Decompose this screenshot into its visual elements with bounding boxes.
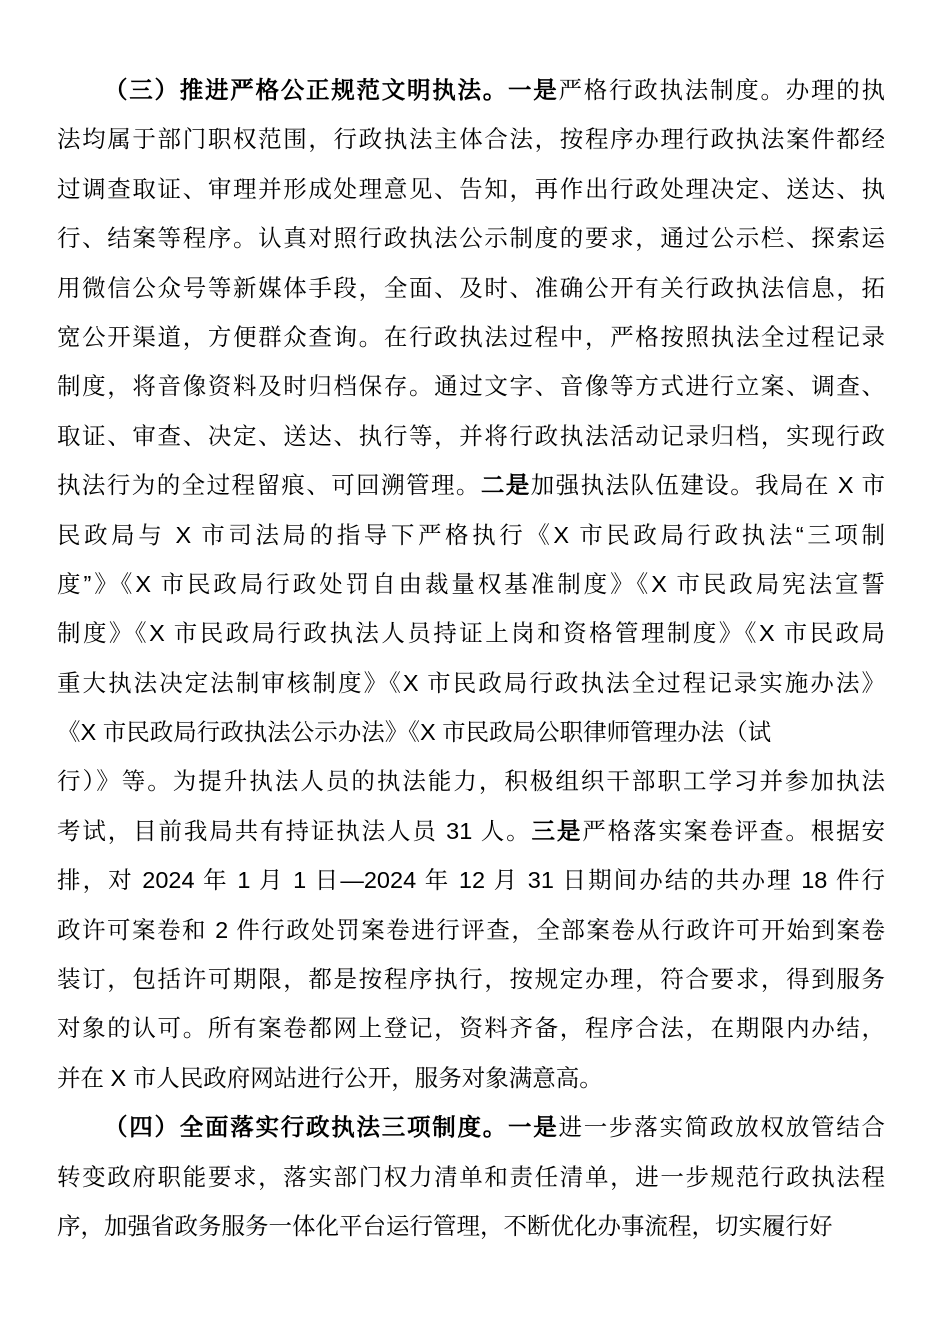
text-line: 重大执法决定法制审核制度》《X 市民政局行政执法全过程记录实施办法》 — [57, 659, 885, 708]
section-four-paragraph: （四）全面落实行政执法三项制度。一是进一步落实简政放权放管结合转变政府职能要求，… — [57, 1103, 885, 1251]
text-run: 制度》《X 市民政局行政执法人员持证上岗和资格管理制度》《X 市民政局 — [57, 620, 885, 646]
text-line: 《X 市民政局行政执法公示办法》《X 市民政局公职律师管理办法（试 — [57, 708, 885, 757]
text-line: 序，加强省政务服务一体化平台运行管理，不断优化办事流程，切实履行好 — [57, 1202, 885, 1251]
text-line: （三）推进严格公正规范文明执法。一是严格行政执法制度。办理的执 — [57, 66, 885, 115]
section-three-paragraph: （三）推进严格公正规范文明执法。一是严格行政执法制度。办理的执法均属于部门职权范… — [57, 66, 885, 1103]
text-line: 制度》《X 市民政局行政执法人员持证上岗和资格管理制度》《X 市民政局 — [57, 609, 885, 658]
text-line: 考试，目前我局共有持证执法人员 31 人。三是严格落实案卷评查。根据安 — [57, 807, 885, 856]
text-line: 宽公开渠道，方便群众查询。在行政执法过程中，严格按照执法全过程记录 — [57, 313, 885, 362]
text-line: 对象的认可。所有案卷都网上登记，资料齐备，程序合法，在期限内办结， — [57, 1004, 885, 1053]
text-run: 行）》等。为提升执法人员的执法能力，积极组织干部职工学习并参加执法 — [57, 768, 885, 794]
text-run: 严格落实案卷评查。根据安 — [582, 818, 885, 844]
text-line: 排，对 2024 年 1 月 1 日—2024 年 12 月 31 日期间办结的… — [57, 856, 885, 905]
text-line: 过调查取证、审理并形成处理意见、告知，再作出行政处理决定、送达、执 — [57, 165, 885, 214]
text-line: 度”》《X 市民政局行政处罚自由裁量权基准制度》《X 市民政局宪法宣誓 — [57, 560, 885, 609]
text-run: 严格行政执法制度。办理的执 — [559, 77, 886, 103]
text-run: 法均属于部门职权范围，行政执法主体合法，按程序办理行政执法案件都经 — [57, 126, 885, 152]
bold-text-run: 二是 — [481, 472, 531, 498]
text-line: 政许可案卷和 2 件行政处罚案卷进行评查，全部案卷从行政许可开始到案卷 — [57, 906, 885, 955]
text-run: 排，对 2024 年 1 月 1 日—2024 年 12 月 31 日期间办结的… — [57, 867, 885, 893]
text-line: 取证、审查、决定、送达、执行等，并将行政执法活动记录归档，实现行政 — [57, 412, 885, 461]
bold-text-run: （四）全面落实行政执法三项制度。 — [104, 1114, 508, 1140]
text-run: 考试，目前我局共有持证执法人员 31 人。 — [57, 818, 532, 844]
text-run: 政许可案卷和 2 件行政处罚案卷进行评查，全部案卷从行政许可开始到案卷 — [57, 917, 885, 943]
text-line: 法均属于部门职权范围，行政执法主体合法，按程序办理行政执法案件都经 — [57, 115, 885, 164]
document-page: （三）推进严格公正规范文明执法。一是严格行政执法制度。办理的执法均属于部门职权范… — [0, 0, 950, 1344]
text-line: 装订，包括许可期限，都是按程序执行，按规定办理，符合要求，得到服务 — [57, 955, 885, 1004]
text-run: 并在 X 市人民政府网站进行公开，服务对象满意高。 — [57, 1065, 603, 1091]
text-line: 执法行为的全过程留痕、可回溯管理。二是加强执法队伍建设。我局在 X 市 — [57, 461, 885, 510]
text-run: 用微信公众号等新媒体手段，全面、及时、准确公开有关行政执法信息，拓 — [57, 275, 885, 301]
text-run: 《X 市民政局行政执法公示办法》《X 市民政局公职律师管理办法（试 — [57, 719, 771, 745]
text-run: 转变政府职能要求，落实部门权力清单和责任清单，进一步规范行政执法程 — [57, 1164, 885, 1190]
bold-text-run: 一是 — [508, 77, 559, 103]
text-line: 行、结案等程序。认真对照行政执法公示制度的要求，通过公示栏、探索运 — [57, 214, 885, 263]
bold-text-run: 三是 — [532, 818, 583, 844]
text-run: 度”》《X 市民政局行政处罚自由裁量权基准制度》《X 市民政局宪法宣誓 — [57, 571, 885, 597]
text-run: 加强执法队伍建设。我局在 X 市 — [531, 472, 885, 498]
document-body: （三）推进严格公正规范文明执法。一是严格行政执法制度。办理的执法均属于部门职权范… — [57, 66, 885, 1251]
text-line: 行）》等。为提升执法人员的执法能力，积极组织干部职工学习并参加执法 — [57, 757, 885, 806]
text-line: 民政局与 X 市司法局的指导下严格执行《X 市民政局行政执法“三项制 — [57, 511, 885, 560]
text-run: 装订，包括许可期限，都是按程序执行，按规定办理，符合要求，得到服务 — [57, 966, 885, 992]
text-run: 对象的认可。所有案卷都网上登记，资料齐备，程序合法，在期限内办结， — [57, 1015, 885, 1041]
text-run: 过调查取证、审理并形成处理意见、告知，再作出行政处理决定、送达、执 — [57, 176, 885, 202]
text-run: 民政局与 X 市司法局的指导下严格执行《X 市民政局行政执法“三项制 — [57, 522, 885, 548]
text-run: 进一步落实简政放权放管结合 — [559, 1114, 886, 1140]
text-run: 执法行为的全过程留痕、可回溯管理。 — [57, 472, 481, 498]
bold-text-run: （三）推进严格公正规范文明执法。 — [104, 77, 508, 103]
text-run: 行、结案等程序。认真对照行政执法公示制度的要求，通过公示栏、探索运 — [57, 225, 885, 251]
text-run: 序，加强省政务服务一体化平台运行管理，不断优化办事流程，切实履行好 — [57, 1213, 833, 1239]
text-run: 取证、审查、决定、送达、执行等，并将行政执法活动记录归档，实现行政 — [57, 423, 885, 449]
text-line: 转变政府职能要求，落实部门权力清单和责任清单，进一步规范行政执法程 — [57, 1153, 885, 1202]
text-run: 制度，将音像资料及时归档保存。通过文字、音像等方式进行立案、调查、 — [57, 373, 885, 399]
text-line: （四）全面落实行政执法三项制度。一是进一步落实简政放权放管结合 — [57, 1103, 885, 1152]
text-line: 并在 X 市人民政府网站进行公开，服务对象满意高。 — [57, 1054, 885, 1103]
text-line: 制度，将音像资料及时归档保存。通过文字、音像等方式进行立案、调查、 — [57, 362, 885, 411]
text-run: 重大执法决定法制审核制度》《X 市民政局行政执法全过程记录实施办法》 — [57, 670, 885, 696]
text-run: 宽公开渠道，方便群众查询。在行政执法过程中，严格按照执法全过程记录 — [57, 324, 885, 350]
text-line: 用微信公众号等新媒体手段，全面、及时、准确公开有关行政执法信息，拓 — [57, 264, 885, 313]
bold-text-run: 一是 — [508, 1114, 559, 1140]
